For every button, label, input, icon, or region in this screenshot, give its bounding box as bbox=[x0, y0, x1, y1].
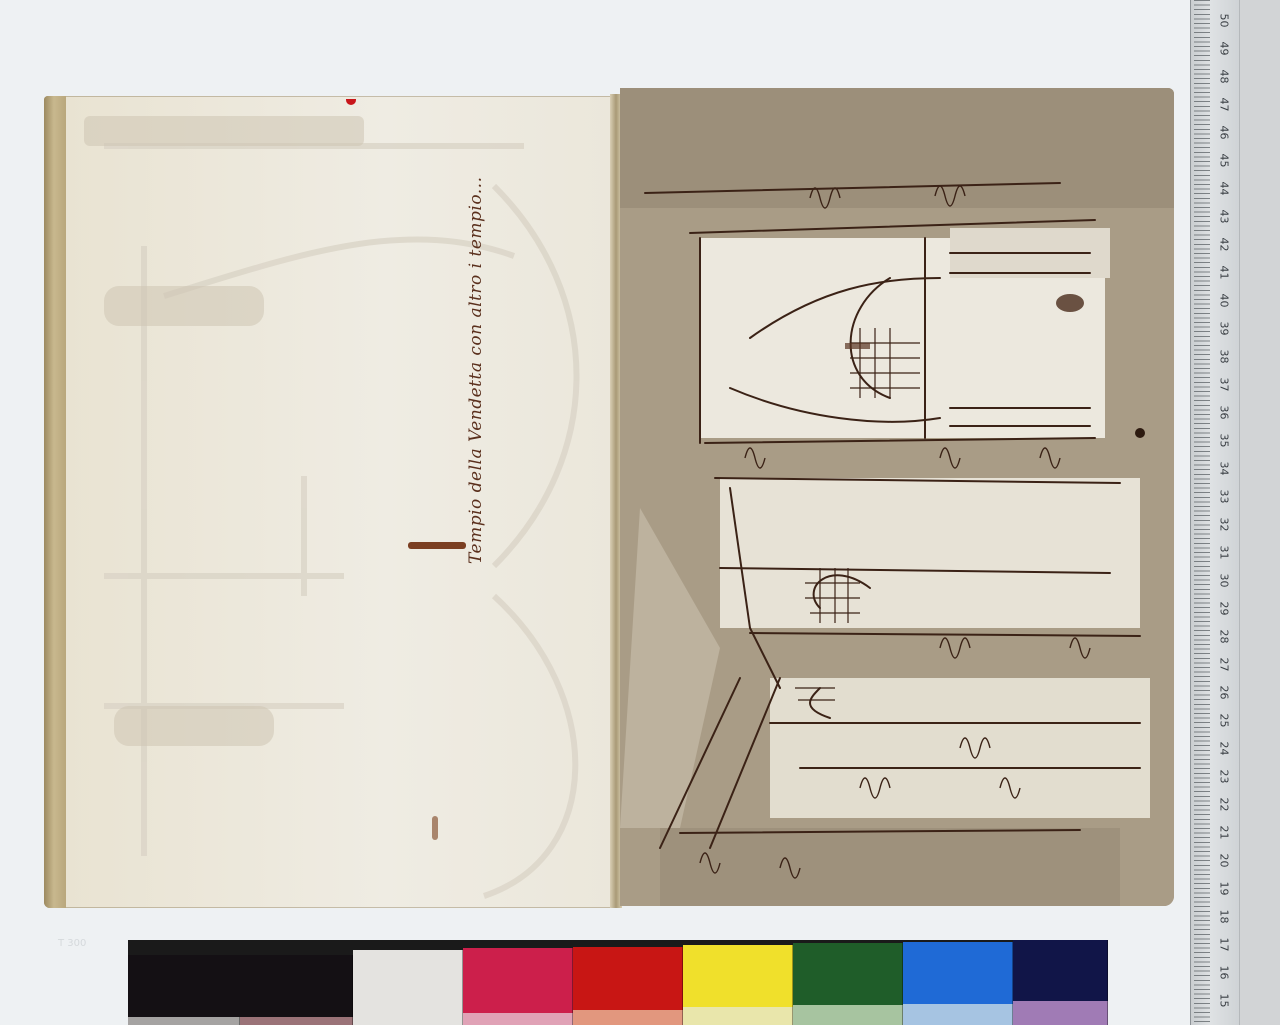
ruler-label: 23 bbox=[1218, 764, 1231, 790]
swatch-pale-yellow bbox=[683, 1007, 793, 1025]
ruler-label: 26 bbox=[1218, 680, 1231, 706]
swatch-magenta bbox=[463, 948, 573, 1013]
ruler-label: 44 bbox=[1218, 176, 1231, 202]
ruler-label: 28 bbox=[1218, 624, 1231, 650]
ruler-label: 30 bbox=[1218, 568, 1231, 594]
ruler-label: 48 bbox=[1218, 64, 1231, 90]
ruler-label: 45 bbox=[1218, 148, 1231, 174]
ruler-label: 32 bbox=[1218, 512, 1231, 538]
ruler-label: 36 bbox=[1218, 400, 1231, 426]
ruler-label: 24 bbox=[1218, 736, 1231, 762]
ruler-label: 50 bbox=[1218, 8, 1231, 34]
swatch-yellow bbox=[683, 945, 793, 1007]
swatch-black bbox=[128, 955, 353, 1017]
swatch-green bbox=[793, 943, 903, 1005]
ruler-label: 22 bbox=[1218, 792, 1231, 818]
swatch-salmon bbox=[573, 1010, 683, 1025]
ruler-label: 38 bbox=[1218, 344, 1231, 370]
ruler-label: 17 bbox=[1218, 932, 1231, 958]
photograph-scene: T 300 bbox=[0, 0, 1280, 1025]
archive-pencil-note: T 300 bbox=[58, 938, 86, 949]
ruler-label: 47 bbox=[1218, 92, 1231, 118]
ruler-label: 37 bbox=[1218, 372, 1231, 398]
ruler-label: 29 bbox=[1218, 596, 1231, 622]
swatch-grey bbox=[128, 1017, 240, 1025]
swatch-red bbox=[573, 947, 683, 1010]
swatch-navy bbox=[1013, 940, 1108, 1001]
show-through-drawing bbox=[44, 96, 612, 908]
ink-wash-drawing bbox=[620, 88, 1174, 906]
ruler-label: 25 bbox=[1218, 708, 1231, 734]
measuring-ruler: 50 49 48 47 46 45 44 43 42 41 40 39 38 3… bbox=[1190, 0, 1240, 1025]
handwritten-inscription: Tempio della Vendetta con altro i tempio… bbox=[466, 177, 486, 564]
ruler-label: 39 bbox=[1218, 316, 1231, 342]
open-sketchbook: Tempio della Vendetta con altro i tempio… bbox=[44, 88, 1174, 910]
ruler-label: 18 bbox=[1218, 904, 1231, 930]
swatch-blue bbox=[903, 942, 1013, 1004]
background-board bbox=[1238, 0, 1280, 1025]
ruler-label: 43 bbox=[1218, 204, 1231, 230]
ruler-label: 31 bbox=[1218, 540, 1231, 566]
ruler-label: 16 bbox=[1218, 960, 1231, 986]
ruler-label: 49 bbox=[1218, 36, 1231, 62]
ruler-label: 40 bbox=[1218, 288, 1231, 314]
ruler-label: 41 bbox=[1218, 260, 1231, 286]
swatch-mauve-brown bbox=[240, 1017, 353, 1025]
ruler-label: 20 bbox=[1218, 848, 1231, 874]
right-page bbox=[620, 88, 1174, 906]
ruler-label: 21 bbox=[1218, 820, 1231, 846]
swatch-pink bbox=[463, 1013, 573, 1025]
ruler-ticks bbox=[1194, 0, 1210, 1025]
swatch-white bbox=[353, 950, 463, 1025]
ruler-label: 15 bbox=[1218, 988, 1231, 1014]
ruler-label: 33 bbox=[1218, 484, 1231, 510]
ruler-label: 27 bbox=[1218, 652, 1231, 678]
ruler-label: 46 bbox=[1218, 120, 1231, 146]
color-calibration-chart bbox=[128, 940, 1108, 1025]
swatch-pale-blue bbox=[903, 1004, 1013, 1025]
swatch-pale-green bbox=[793, 1005, 903, 1025]
ruler-label: 42 bbox=[1218, 232, 1231, 258]
ruler-label: 35 bbox=[1218, 428, 1231, 454]
swatch-lavender bbox=[1013, 1001, 1108, 1025]
ruler-label: 34 bbox=[1218, 456, 1231, 482]
left-page: Tempio della Vendetta con altro i tempio… bbox=[44, 96, 612, 908]
ruler-label: 19 bbox=[1218, 876, 1231, 902]
